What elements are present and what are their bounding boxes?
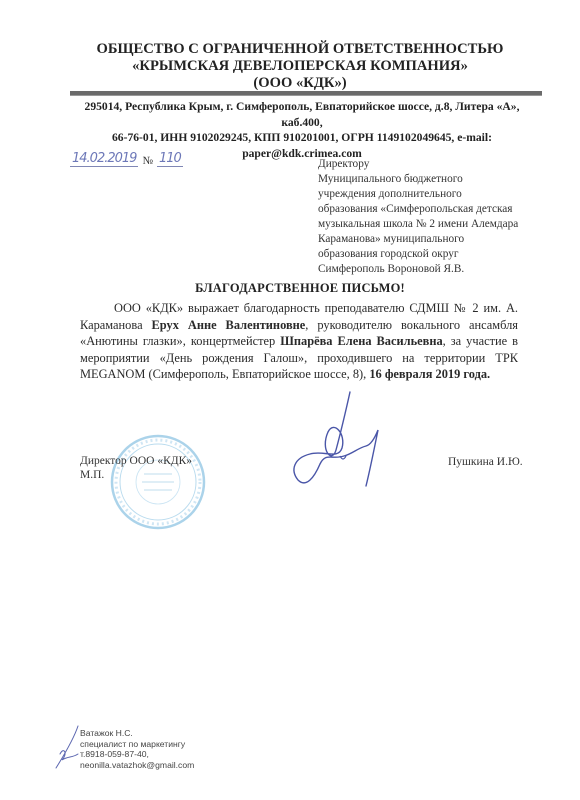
body-paragraph: ООО «КДК» выражает благодарность препода… [80, 300, 518, 383]
recipient-line: Симферополь Вороновой Я.В. [318, 262, 558, 277]
contact-role: специалист по маркетингу [80, 739, 194, 750]
company-name-line1: ОБЩЕСТВО С ОГРАНИЧЕННОЙ ОТВЕТСТВЕННОСТЬЮ [60, 41, 540, 58]
letter-title: БЛАГОДАРСТВЕННОЕ ПИСЬМО! [60, 281, 540, 296]
honoree-name-1: Ерух Анне Валентиновне [152, 318, 306, 332]
recipient-line: Муниципального бюджетного [318, 172, 558, 187]
number-label: № [142, 155, 153, 167]
recipient-line: образования «Симферопольская детская [318, 202, 558, 217]
address-line: каб.400, [62, 115, 542, 131]
position-title: Директор ООО «КДК» [80, 455, 192, 469]
letterhead-divider [70, 91, 542, 96]
recipient-line: Директору [318, 157, 558, 172]
signatory-name: Пушкина И.Ю. [448, 456, 523, 468]
address-line: 295014, Республика Крым, г. Симферополь,… [62, 99, 542, 115]
recipient-line: учреждения дополнительного [318, 187, 558, 202]
seal-label: М.П. [80, 469, 192, 483]
honoree-name-2: Шпарёва Елена Васильевна [280, 334, 442, 348]
signature-position: Директор ООО «КДК» М.П. [80, 455, 192, 482]
company-short-name: (ООО «КДК») [60, 75, 540, 92]
recipient-line: музыкальная школа № 2 имени Алемдара [318, 217, 558, 232]
event-date: 16 февраля 2019 года. [369, 367, 490, 381]
contact-email: neonilla.vatazhok@gmail.com [80, 760, 194, 771]
address-line: 66-76-01, ИНН 9102029245, КПП 910201001,… [62, 130, 542, 146]
outgoing-reference: 14.02.2019 № 110 [70, 145, 183, 167]
contact-footer: Ватажок Н.С. специалист по маркетингу т.… [80, 728, 194, 770]
handwritten-number: 110 [157, 151, 183, 167]
handwritten-date: 14.02.2019 [70, 151, 138, 167]
company-name-line2: «КРЫМСКАЯ ДЕВЕЛОПЕРСКАЯ КОМПАНИЯ» [60, 58, 540, 75]
recipient-block: Директору Муниципального бюджетного учре… [318, 157, 558, 277]
contact-name: Ватажок Н.С. [80, 728, 194, 739]
contact-phone: т.8918-059-87-40, [80, 749, 194, 760]
recipient-line: образования городской округ [318, 247, 558, 262]
recipient-line: Караманова» муниципального [318, 232, 558, 247]
director-signature-icon [280, 390, 420, 500]
letter-body: ООО «КДК» выражает благодарность препода… [80, 300, 518, 383]
